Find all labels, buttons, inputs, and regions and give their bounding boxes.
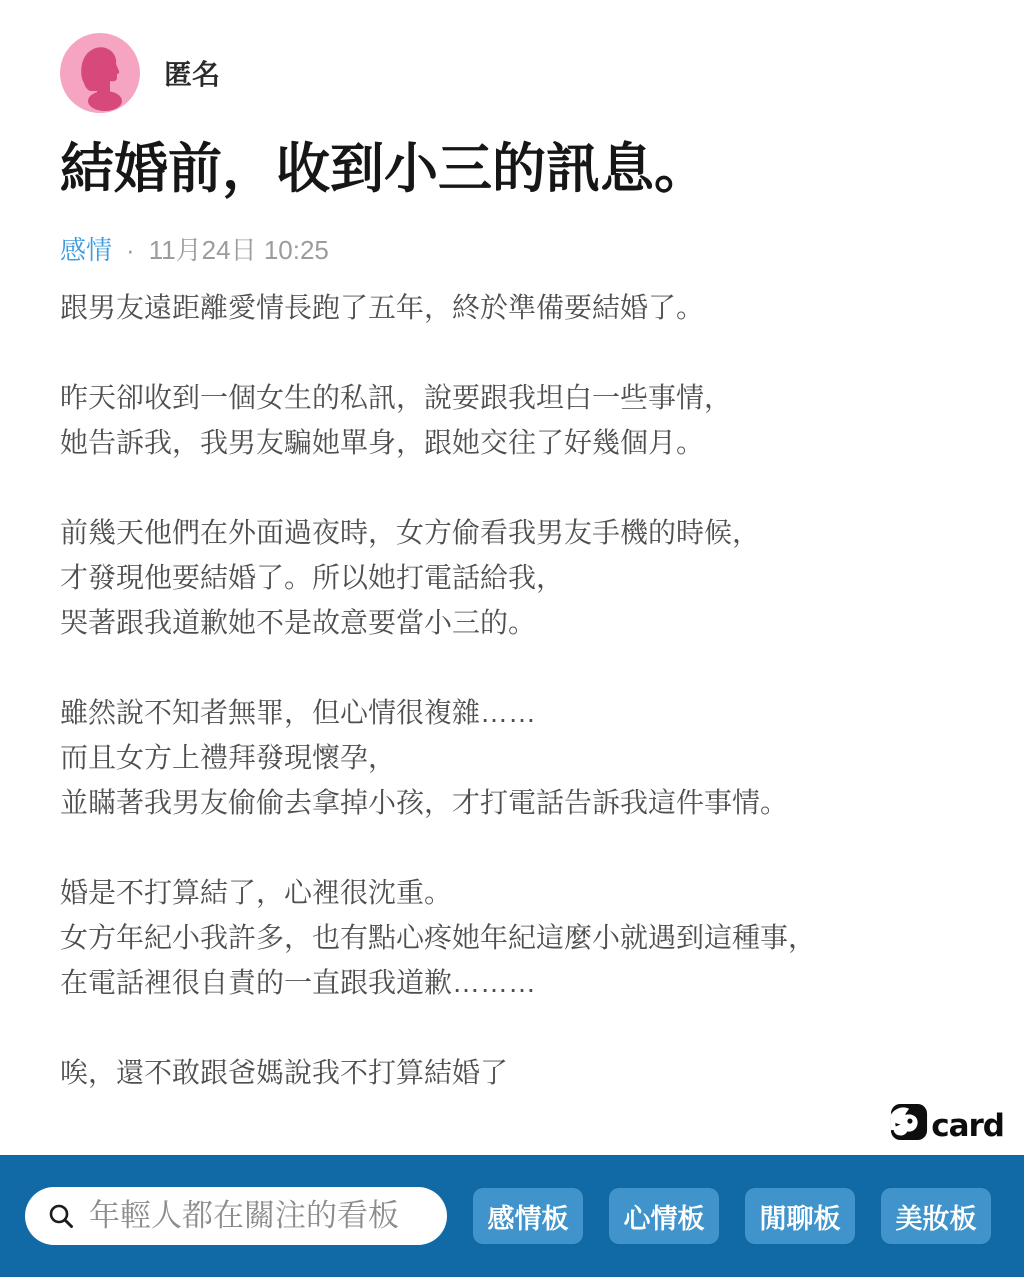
author-row: 匿名 [60,33,984,113]
post-meta: 感情 · 11月24日 10:25 [60,233,984,267]
dcard-logo-icon [890,1103,928,1141]
search-box[interactable] [25,1187,447,1245]
category-link[interactable]: 感情 [60,233,112,267]
search-input[interactable] [89,1198,427,1234]
anonymous-avatar-icon [60,33,140,113]
post-card: 匿名 結婚前，收到小三的訊息。 感情 · 11月24日 10:25 跟男友遠距離… [0,0,1024,1095]
post-title: 結婚前，收到小三的訊息。 [60,135,984,203]
board-button-romance[interactable]: 感情板 [473,1188,583,1244]
board-button-makeup[interactable]: 美妝板 [881,1188,991,1244]
search-icon [47,1202,75,1230]
post-body: 跟男友遠距離愛情長跑了五年，終於準備要結婚了。 昨天卻收到一個女生的私訊，說要跟… [60,285,984,1095]
meta-separator: · [126,233,135,267]
author-name: 匿名 [164,53,220,93]
dcard-logo[interactable]: card [890,1100,1004,1144]
board-button-mood[interactable]: 心情板 [609,1188,719,1244]
page: 匿名 結婚前，收到小三的訊息。 感情 · 11月24日 10:25 跟男友遠距離… [0,0,1024,1277]
board-buttons: 感情板 心情板 閒聊板 美妝板 [473,1188,991,1244]
board-button-chat[interactable]: 閒聊板 [745,1188,855,1244]
bottom-bar: 感情板 心情板 閒聊板 美妝板 [0,1155,1024,1277]
dcard-logo-text: card [931,1108,1004,1144]
post-timestamp: 11月24日 10:25 [149,233,329,267]
